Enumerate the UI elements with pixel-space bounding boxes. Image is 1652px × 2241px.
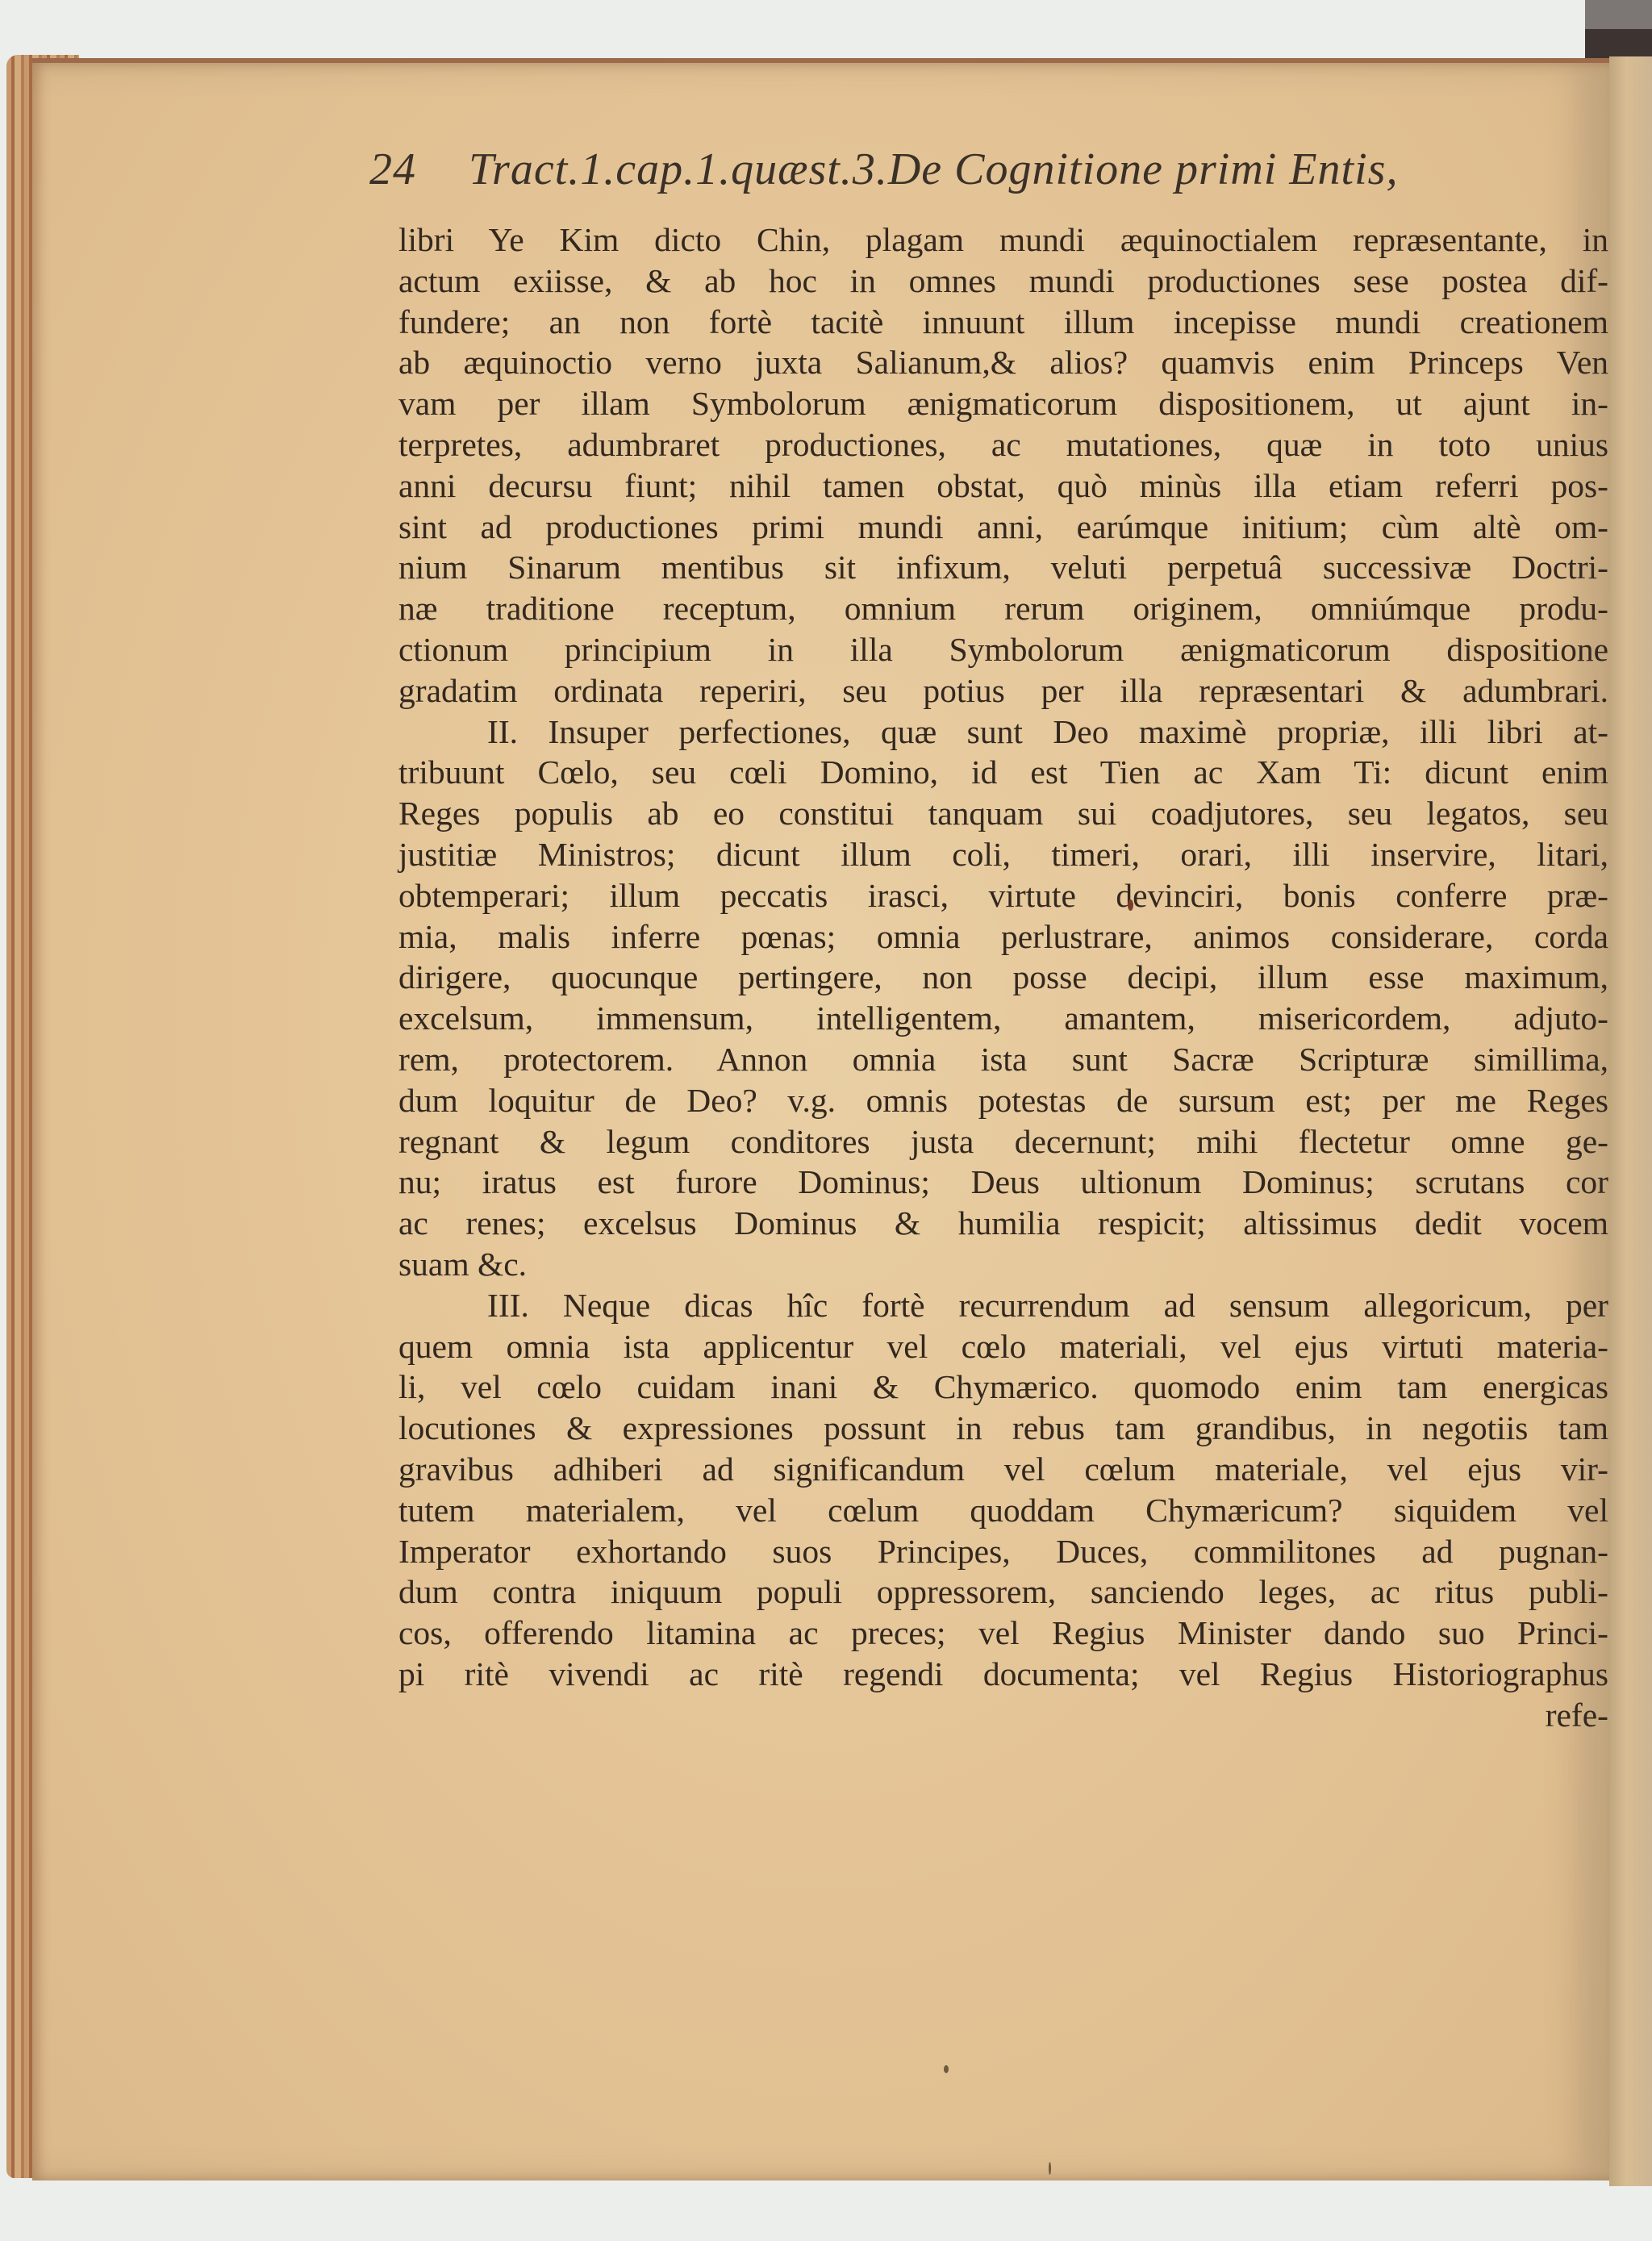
- text-line: nu; iratus est furore Dominus; Deus ulti…: [398, 1162, 1608, 1203]
- paragraph-start-III: III. Neque dicas hîc fortè recurrendum a…: [398, 1285, 1608, 1326]
- page-gutter: [1609, 56, 1652, 2186]
- text-line: actum exiisse, & ab hoc in omnes mundi p…: [398, 261, 1608, 302]
- text-line: suam &c.: [398, 1244, 1608, 1285]
- text-line: Imperator exhortando suos Principes, Duc…: [398, 1531, 1608, 1572]
- running-head: 24 Tract.1.cap.1.quæst.3.De Cognitione p…: [369, 144, 1612, 195]
- text-line: ctionum principium in illa Symbolorum æn…: [398, 629, 1608, 670]
- text-line: sint ad productiones primi mundi anni, e…: [398, 507, 1608, 548]
- text-line: pi ritè vivendi ac ritè regendi document…: [398, 1654, 1608, 1695]
- body-text: libri Ye Kim dicto Chin, plagam mundi æq…: [398, 219, 1608, 1735]
- text-line: rem, protectorem. Annon omnia ista sunt …: [398, 1039, 1608, 1080]
- text-line: regnant & legum conditores justa decernu…: [398, 1121, 1608, 1162]
- text-line: obtemperari; illum peccatis irasci, virt…: [398, 875, 1608, 916]
- text-line: gradatim ordinata reperiri, seu potius p…: [398, 670, 1608, 712]
- paper-speck: [1049, 2162, 1051, 2175]
- text-line: li, vel cœlo cuidam inani & Chymærico. q…: [398, 1367, 1608, 1408]
- text-line: dum loquitur de Deo? v.g. omnis potestas…: [398, 1080, 1608, 1121]
- text-line: mia, malis inferre pœnas; omnia perlustr…: [398, 916, 1608, 958]
- text-line: ac renes; excelsus Dominus & humilia res…: [398, 1203, 1608, 1244]
- text-line: terpretes, adumbraret productiones, ac m…: [398, 424, 1608, 465]
- text-line: anni decursu fiunt; nihil tamen obstat, …: [398, 465, 1608, 507]
- text-line: quem omnia ista applicentur vel cœlo mat…: [398, 1326, 1608, 1367]
- catchword: refe-: [398, 1695, 1608, 1736]
- text-line: tutem materialem, vel cœlum quoddam Chym…: [398, 1490, 1608, 1531]
- text-line: dirigere, quocunque pertingere, non poss…: [398, 957, 1608, 998]
- text-line: fundere; an non fortè tacitè innuunt ill…: [398, 302, 1608, 343]
- text-line: ab æquinoctio verno juxta Salianum,& ali…: [398, 342, 1608, 383]
- text-line: Reges populis ab eo constitui tanquam su…: [398, 793, 1608, 834]
- running-head-title: Tract.1.cap.1.quæst.3.De Cognitione prim…: [469, 144, 1398, 194]
- text-line: nium Sinarum mentibus sit infixum, velut…: [398, 547, 1608, 588]
- text-line: tribuunt Cœlo, seu cœli Domino, id est T…: [398, 752, 1608, 793]
- paper-speck: [944, 2065, 949, 2073]
- paper-speck: [1128, 899, 1133, 911]
- text-line: vam per illam Symbolorum ænigmaticorum d…: [398, 383, 1608, 424]
- text-line: libri Ye Kim dicto Chin, plagam mundi æq…: [398, 219, 1608, 261]
- text-line: justitiæ Ministros; dicunt illum coli, t…: [398, 834, 1608, 875]
- paragraph-start-II: II. Insuper perfectiones, quæ sunt Deo m…: [398, 712, 1608, 753]
- text-line: gravibus adhiberi ad significandum vel c…: [398, 1449, 1608, 1490]
- text-line: næ traditione receptum, omnium rerum ori…: [398, 588, 1608, 629]
- text-line: cos, offerendo litamina ac preces; vel R…: [398, 1613, 1608, 1654]
- text-line: locutiones & expressiones possunt in reb…: [398, 1408, 1608, 1449]
- text-line: dum contra iniquum populi oppressorem, s…: [398, 1571, 1608, 1613]
- text-line: excelsum, immensum, intelligentem, amant…: [398, 998, 1608, 1039]
- page-number: 24: [369, 144, 416, 194]
